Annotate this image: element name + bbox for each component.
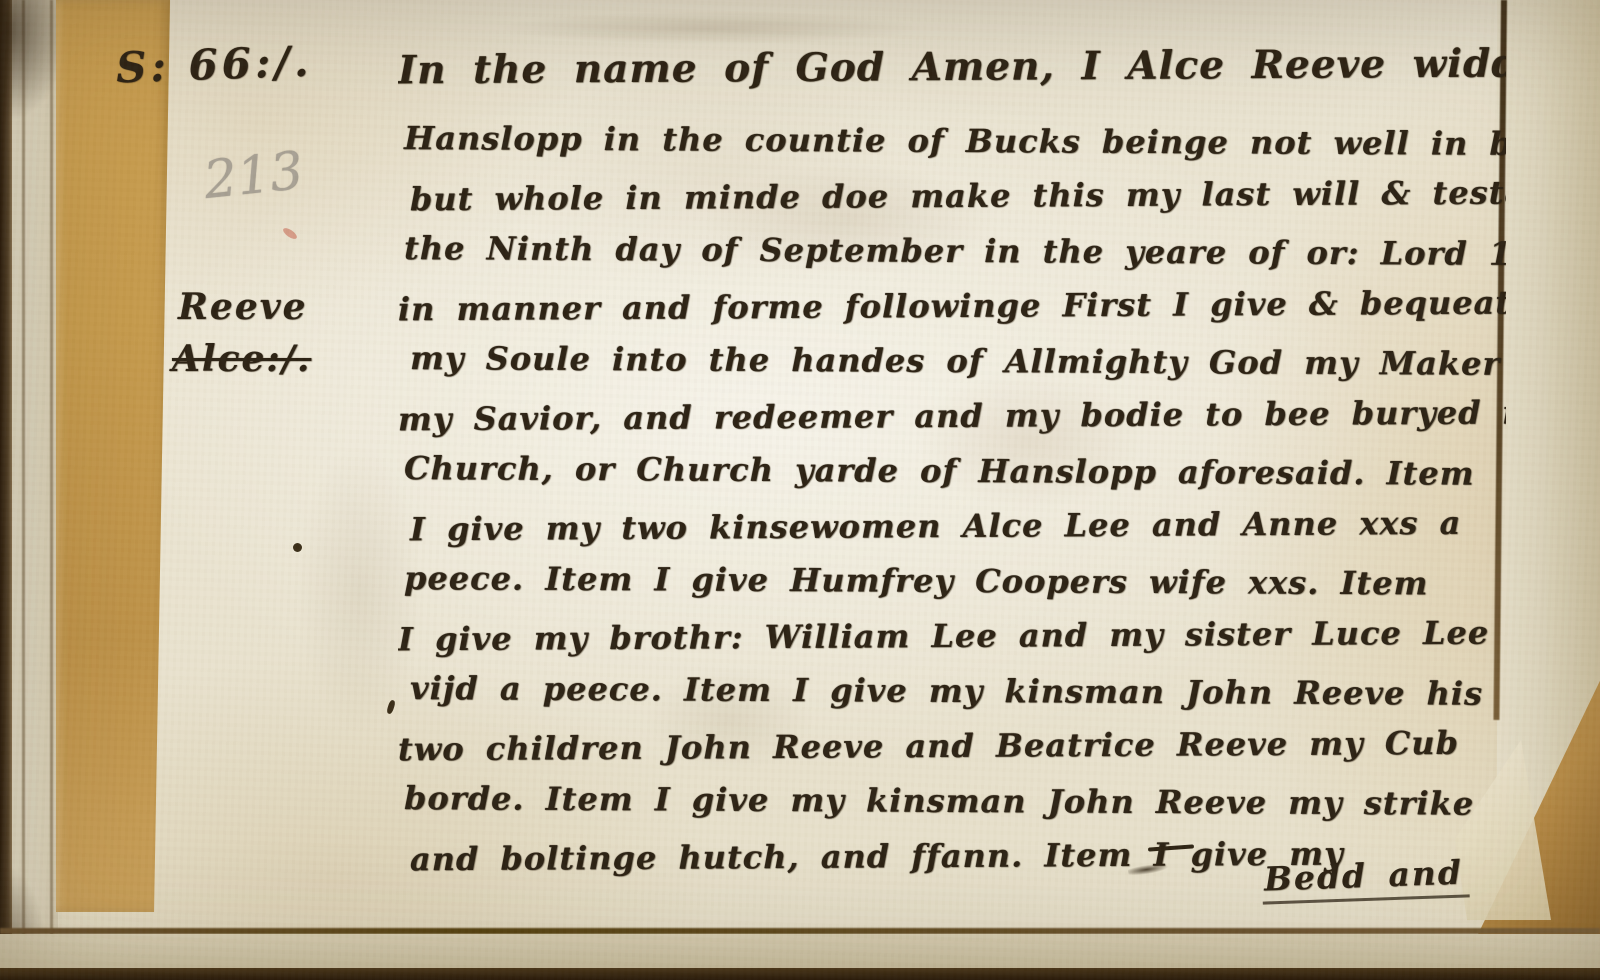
- manuscript-line: the Ninth day of September in the yeare …: [404, 229, 1506, 290]
- manuscript-line: two children John Reeve and Beatrice Ree…: [398, 724, 1506, 786]
- table-shadow-bottom: [0, 968, 1600, 980]
- manuscript-line: my Savior, and redeemer and my bodie to …: [398, 394, 1506, 456]
- manuscript-line: vijd a peece. Item I give my kinsman Joh…: [410, 669, 1506, 730]
- underlying-page-bottom: [0, 934, 1600, 968]
- manuscript-text-block: In the name of God Amen, I Alce Reeve wi…: [398, 44, 1506, 892]
- manuscript-line: In the name of God Amen, I Alce Reeve wi…: [398, 44, 1506, 125]
- manuscript-line: in manner and forme followinge First I g…: [398, 284, 1506, 346]
- manuscript-line: Hanslopp in the countie of Bucks beinge …: [404, 119, 1506, 180]
- manuscript-line: I give my two kinsewomen Alce Lee and An…: [410, 504, 1506, 566]
- manuscript-line: but whole in minde doe make this my last…: [410, 174, 1506, 236]
- manuscript-line: my Soule into the handes of Allmighty Go…: [410, 339, 1506, 400]
- pencil-folio-number: 213: [201, 141, 306, 211]
- ink-blot: [293, 543, 302, 552]
- manuscript-line: borde. Item I give my kinsman John Reeve…: [404, 779, 1506, 840]
- manuscript-line: Church, or Church yarde of Hanslopp afor…: [404, 449, 1506, 510]
- manuscript-line: I give my brothr: William Lee and my sis…: [398, 614, 1506, 676]
- catchword: Bedd and: [1261, 852, 1469, 904]
- manuscript-photo: S: 66:/. 213 Reeve Alce:/. In the name o…: [0, 0, 1600, 980]
- folio-number: S: 66:/.: [115, 37, 313, 93]
- manuscript-line: peece. Item I give Humfrey Coopers wife …: [404, 559, 1506, 620]
- repair-tape-strip: [56, 0, 170, 912]
- margin-surname: Reeve: [178, 286, 308, 328]
- margin-forename: Alce:/.: [172, 338, 311, 380]
